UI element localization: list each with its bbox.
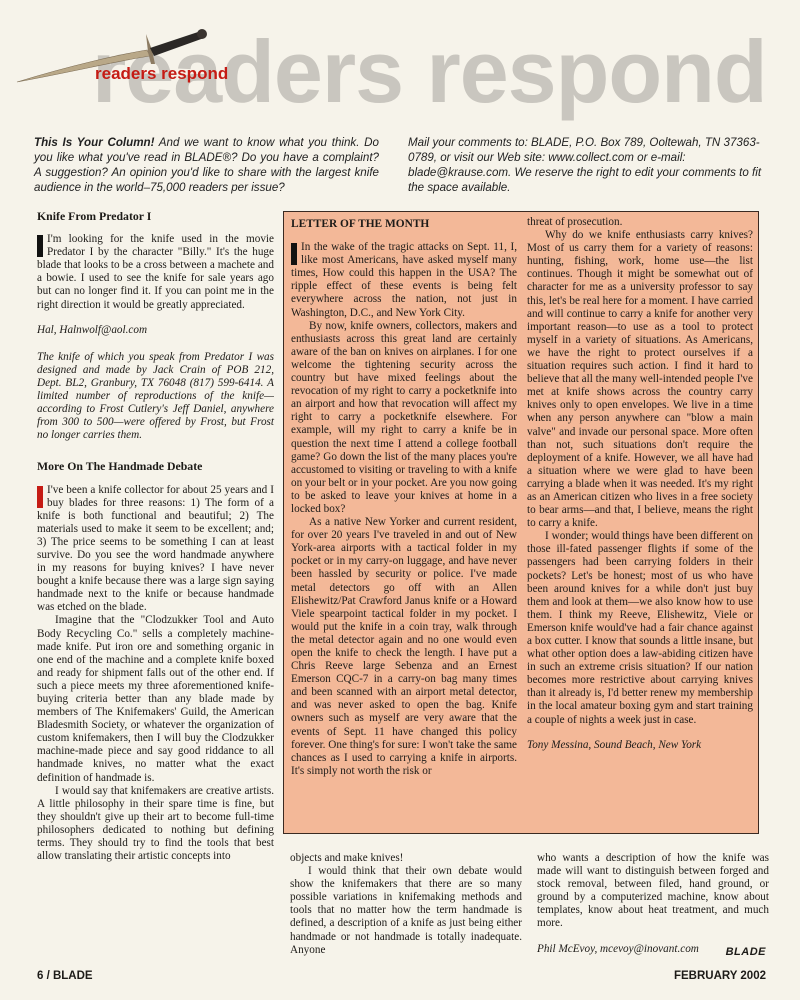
lotm-paragraph: Why do we knife enthusiasts carry knives… xyxy=(527,229,753,530)
letter-paragraph: Imagine that the "Clodzukker Tool and Au… xyxy=(37,614,274,784)
lotm-column-b: threat of prosecution. Why do we knife e… xyxy=(527,216,753,752)
section-title: readers respond xyxy=(95,64,228,84)
letter-of-the-month-box: LETTER OF THE MONTH In the wake of the t… xyxy=(283,211,759,834)
column-right-continued: who wants a description of how the knife… xyxy=(537,852,769,956)
letter-body: I'm looking for the knife used in the mo… xyxy=(37,233,274,312)
dropcap xyxy=(37,235,43,257)
lotm-paragraph: In the wake of the tragic attacks on Sep… xyxy=(291,241,517,320)
page-folio: 6 / BLADE xyxy=(37,970,93,982)
lotm-paragraph: As a native New Yorker and current resid… xyxy=(291,516,517,778)
letter-heading: Knife From Predator I xyxy=(37,210,274,223)
lotm-paragraph: By now, knife owners, collectors, makers… xyxy=(291,320,517,516)
intro-bold: This Is Your Column! xyxy=(34,136,154,149)
lotm-signature: Tony Messina, Sound Beach, New York xyxy=(527,739,753,752)
lotm-paragraph: threat of prosecution. xyxy=(527,216,753,229)
intro-left: This Is Your Column! And we want to know… xyxy=(34,135,379,195)
issue-date: FEBRUARY 2002 xyxy=(674,970,766,982)
letter-paragraph: I would think that their own debate woul… xyxy=(290,865,522,957)
intro-right: Mail your comments to: BLADE, P.O. Box 7… xyxy=(408,135,768,195)
blade-logo: BLADE xyxy=(726,946,766,958)
letter-paragraph: I've been a knife collector for about 25… xyxy=(37,484,274,615)
letter-heading: More On The Handmade Debate xyxy=(37,460,274,473)
column-left: Knife From Predator I I'm looking for th… xyxy=(37,210,274,863)
editor-reply: The knife of which you speak from Predat… xyxy=(37,351,274,443)
letter-paragraph: I would say that knifemakers are creativ… xyxy=(37,785,274,864)
column-middle-continued: objects and make knives! I would think t… xyxy=(290,852,522,957)
letter-signature: Hal, Halnwolf@aol.com xyxy=(37,324,274,337)
lotm-label: LETTER OF THE MONTH xyxy=(291,218,517,231)
lotm-paragraph: I wonder; would things have been differe… xyxy=(527,530,753,726)
lotm-column-a: LETTER OF THE MONTH In the wake of the t… xyxy=(291,216,517,778)
dropcap xyxy=(291,243,297,265)
masthead: readers respond readers respond xyxy=(0,0,800,125)
dropcap xyxy=(37,486,43,508)
letter-paragraph: who wants a description of how the knife… xyxy=(537,852,769,931)
letter-paragraph: objects and make knives! xyxy=(290,852,522,865)
